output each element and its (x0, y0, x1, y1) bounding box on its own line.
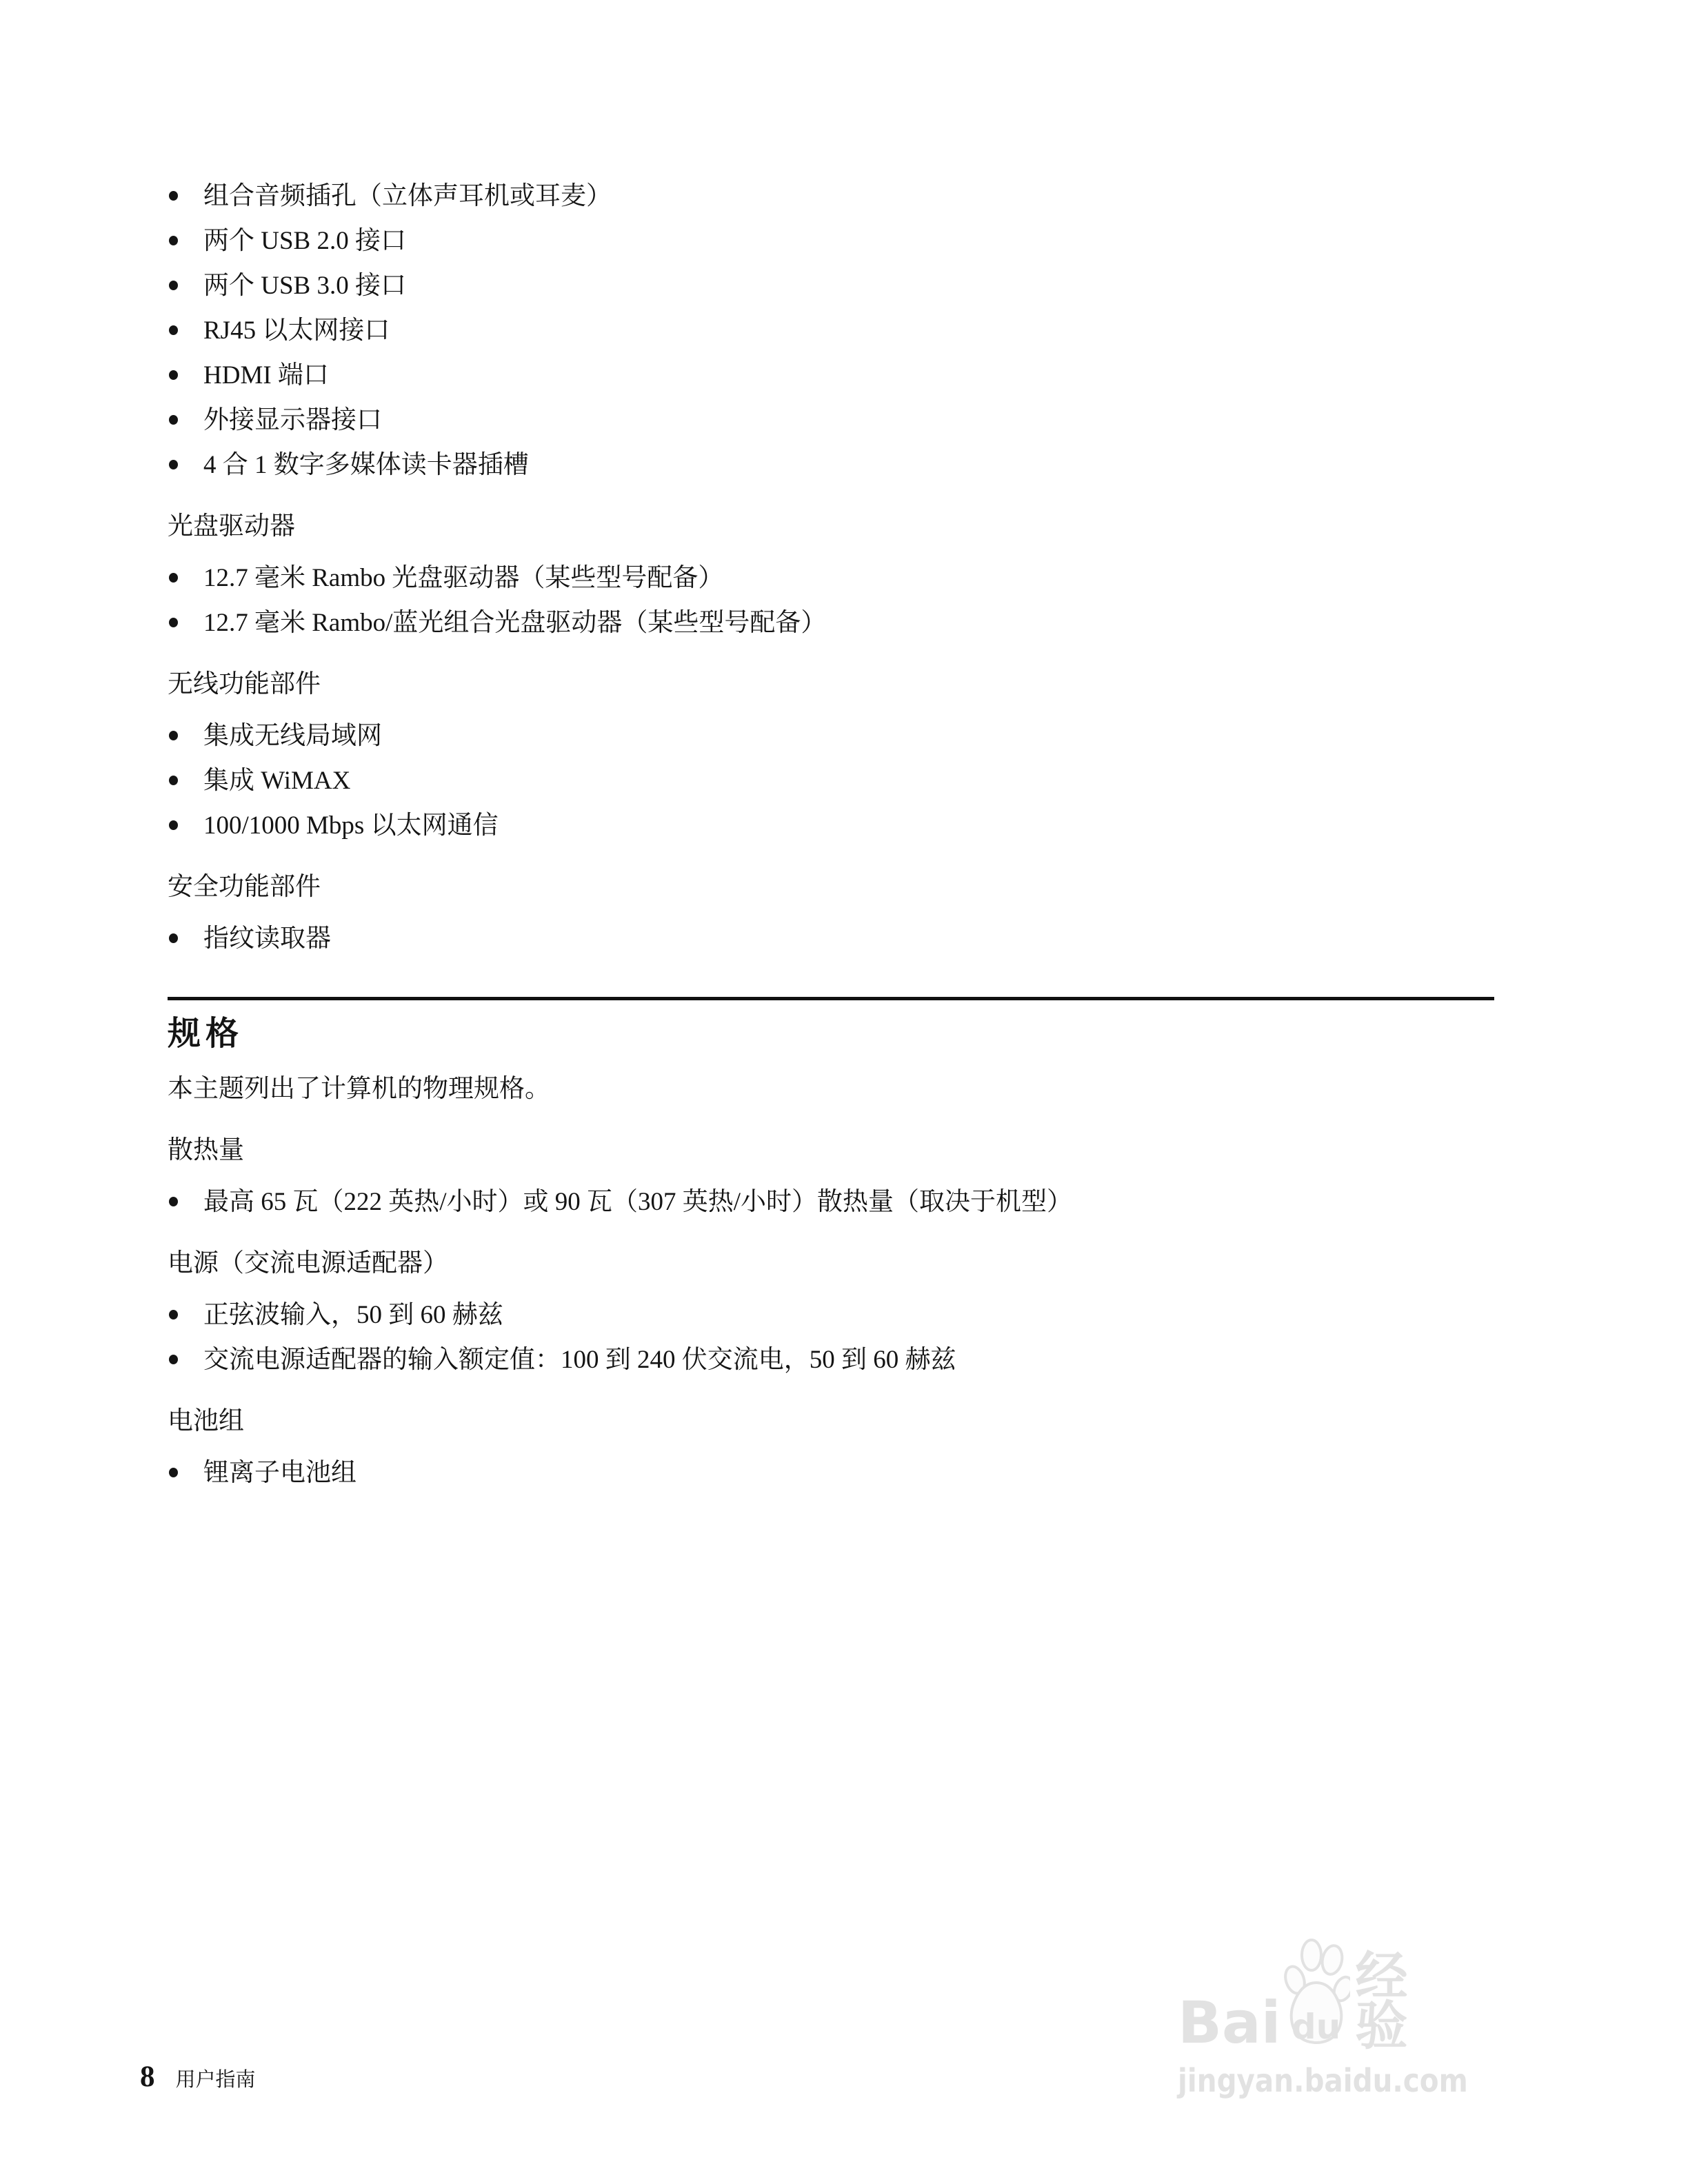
baidu-jingyan-watermark: Bai du 经验 jingyan.baidu.com (1178, 1937, 1454, 2100)
ports-bullet-list: 组合音频插孔（立体声耳机或耳麦） 两个 USB 2.0 接口 两个 USB 3.… (168, 174, 1494, 487)
watermark-brand-prefix: Bai (1178, 1996, 1281, 2051)
heat-bullet-list: 最高 65 瓦（222 英热/小时）或 90 瓦（307 英热/小时）散热量（取… (168, 1180, 1494, 1224)
bullet-item: 集成 WiMAX (168, 758, 1494, 803)
page-content: 组合音频插孔（立体声耳机或耳麦） 两个 USB 2.0 接口 两个 USB 3.… (168, 174, 1494, 1495)
section-heading-security: 安全功能部件 (168, 865, 1494, 909)
bullet-item: 正弦波输入，50 到 60 赫兹 (168, 1293, 1494, 1337)
section-heading-heat: 散热量 (168, 1128, 1494, 1173)
bullet-item: 两个 USB 2.0 接口 (168, 219, 1494, 263)
bullet-item: HDMI 端口 (168, 353, 1494, 398)
watermark-logo-row: Bai du 经验 (1178, 1937, 1454, 2051)
watermark-url: jingyan.baidu.com (1178, 2062, 1468, 2100)
bullet-item: 外接显示器接口 (168, 398, 1494, 443)
document-page: 组合音频插孔（立体声耳机或耳麦） 两个 USB 2.0 接口 两个 USB 3.… (0, 0, 1688, 2184)
spec-intro-text: 本主题列出了计算机的物理规格。 (168, 1066, 1494, 1111)
bullet-item: 100/1000 Mbps 以太网通信 (168, 803, 1494, 848)
security-bullet-list: 指纹读取器 (168, 916, 1494, 961)
watermark-brand-suffix: du (1292, 2010, 1340, 2044)
battery-bullet-list: 锂离子电池组 (168, 1450, 1494, 1495)
bullet-item: 交流电源适配器的输入额定值：100 到 240 伏交流电，50 到 60 赫兹 (168, 1337, 1494, 1382)
page-title-specifications: 规格 (168, 1013, 1494, 1055)
footer-doc-title: 用户指南 (176, 2064, 256, 2092)
optical-drive-bullet-list: 12.7 毫米 Rambo 光盘驱动器（某些型号配备） 12.7 毫米 Ramb… (168, 556, 1494, 645)
watermark-brand-cn: 经验 (1356, 1952, 1454, 2051)
bullet-item: 最高 65 瓦（222 英热/小时）或 90 瓦（307 英热/小时）散热量（取… (168, 1180, 1494, 1224)
section-heading-wireless: 无线功能部件 (168, 662, 1494, 707)
section-divider (168, 997, 1494, 1000)
bullet-item: 锂离子电池组 (168, 1450, 1494, 1495)
bullet-item: 4 合 1 数字多媒体读卡器插槽 (168, 443, 1494, 487)
page-number: 8 (140, 2060, 155, 2094)
bullet-item: 两个 USB 3.0 接口 (168, 263, 1494, 308)
bullet-item: RJ45 以太网接口 (168, 308, 1494, 353)
page-footer: 8 用户指南 (140, 2060, 256, 2094)
baidu-paw-icon: du (1283, 1937, 1350, 2051)
bullet-item: 12.7 毫米 Rambo 光盘驱动器（某些型号配备） (168, 556, 1494, 600)
wireless-bullet-list: 集成无线局域网 集成 WiMAX 100/1000 Mbps 以太网通信 (168, 714, 1494, 848)
bullet-item: 指纹读取器 (168, 916, 1494, 961)
section-heading-optical-drive: 光盘驱动器 (168, 504, 1494, 549)
bullet-item: 集成无线局域网 (168, 714, 1494, 758)
power-bullet-list: 正弦波输入，50 到 60 赫兹 交流电源适配器的输入额定值：100 到 240… (168, 1293, 1494, 1382)
bullet-item: 组合音频插孔（立体声耳机或耳麦） (168, 174, 1494, 219)
section-heading-battery: 电池组 (168, 1399, 1494, 1444)
section-heading-power: 电源（交流电源适配器） (168, 1241, 1494, 1286)
bullet-item: 12.7 毫米 Rambo/蓝光组合光盘驱动器（某些型号配备） (168, 600, 1494, 645)
